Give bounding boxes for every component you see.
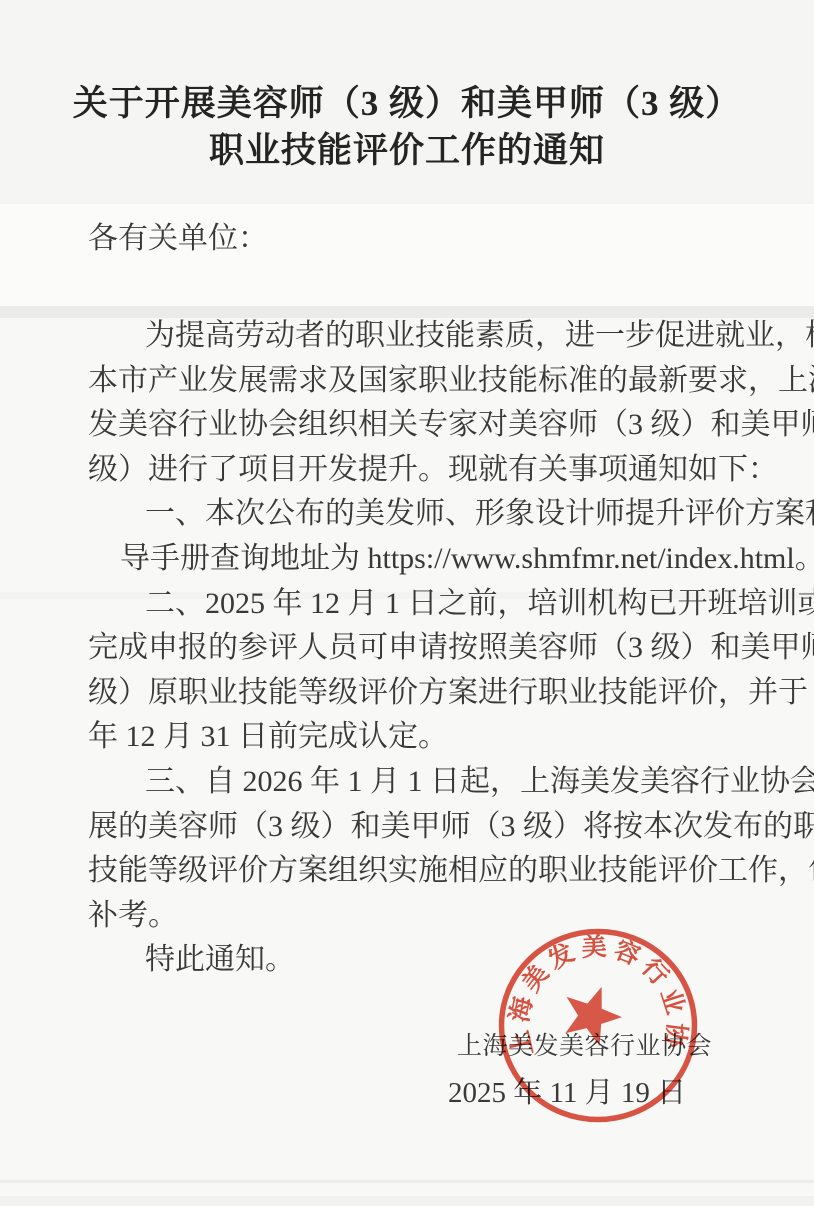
document-title: 关于开展美容师（3 级）和美甲师（3 级） 职业技能评价工作的通知	[0, 80, 814, 174]
body-line: 展的美容师（3 级）和美甲师（3 级）将按本次发布的职业	[88, 805, 794, 850]
salutation: 各有关单位：	[88, 222, 268, 256]
body-line: 发美容行业协会组织相关专家对美容师（3 级）和美甲师（3	[88, 403, 794, 448]
body-line-item-2: 二、2025 年 12 月 1 日之前，培训机构已开班培训或已	[88, 582, 794, 627]
body-line: 完成申报的参评人员可申请按照美容师（3 级）和美甲师（3	[88, 626, 794, 671]
notice-body: 为提高劳动者的职业技能素质，进一步促进就业，根据 本市产业发展需求及国家职业技能…	[88, 314, 794, 983]
body-line: 本市产业发展需求及国家职业技能标准的最新要求，上海美	[88, 359, 794, 404]
body-line: 级）原职业技能等级评价方案进行职业技能评价，并于 2025	[88, 671, 794, 716]
body-line: 年 12 月 31 日前完成认定。	[88, 715, 794, 760]
body-line: 级）进行了项目开发提升。现就有关事项通知如下：	[88, 448, 794, 493]
star-icon	[559, 981, 626, 1049]
scan-band	[0, 1196, 814, 1206]
notice-document-page: 关于开展美容师（3 级）和美甲师（3 级） 职业技能评价工作的通知 各有关单位：…	[0, 0, 814, 1206]
scan-band	[0, 1180, 814, 1183]
body-line: 为提高劳动者的职业技能素质，进一步促进就业，根据	[88, 314, 794, 359]
title-line-1: 关于开展美容师（3 级）和美甲师（3 级）	[0, 80, 814, 127]
body-line: 技能等级评价方案组织实施相应的职业技能评价工作，包括	[88, 849, 794, 894]
body-line-item-3: 三、自 2026 年 1 月 1 日起，上海美发美容行业协会开	[88, 760, 794, 805]
official-seal: 上海美发美容行业协会	[497, 927, 701, 1125]
body-line-url: 导手册查询地址为 https://www.shmfmr.net/index.ht…	[88, 537, 794, 582]
title-line-2: 职业技能评价工作的通知	[0, 127, 814, 174]
body-line-item-1: 一、本次公布的美发师、形象设计师提升评价方案和指	[88, 492, 794, 537]
seal-text: 上海美发美容行业协会	[497, 927, 691, 1059]
